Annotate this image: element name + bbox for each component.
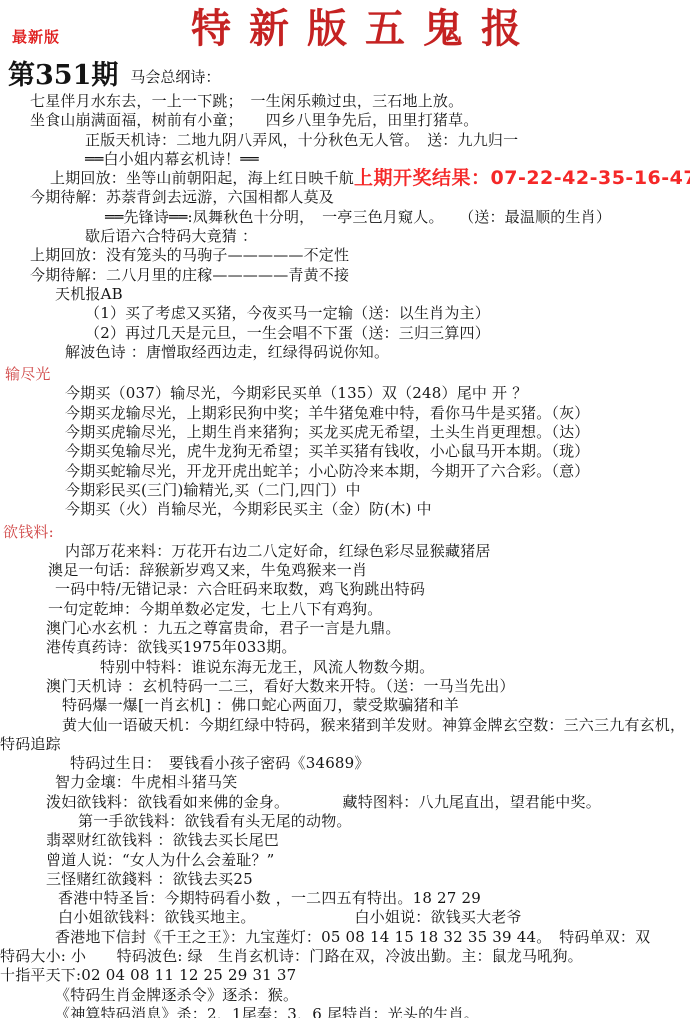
line-text: 港传真药诗：欲钱买1975年033期。 [46,638,297,656]
section-header: 欲钱料: [0,523,690,542]
doc-line: 澳门心水玄机 ：九五之尊富贵命，君子一言是九鼎。 [0,619,690,638]
line-text: （1）买了考虑又买猪，今夜买马一定输（送：以生肖为主） [85,304,490,322]
line-text: 今期待解：苏萘背剑去远游，六国相都人莫及 [30,188,334,206]
doc-line: 今期待解：苏萘背剑去远游，六国相都人莫及 [0,188,690,207]
line-text: 澳门天机诗 ：玄机特码一二三，看好大数来开特。（送：一马当先出） [46,677,515,695]
line-text: 澳足一句话：辞猴新岁鸡又来，牛兔鸡猴来一肖 [48,561,367,579]
doc-body: 七星伴月水东去，一上一下跳； 一生闲乐赖过虫，三石地上放。坐食山崩满面福，树前有… [0,91,690,1018]
doc-line: 今期买龙输尽光，上期彩民狗中奖；羊牛猪兔难中特，看你马牛是买猪。（灰） [0,404,690,423]
doc-line: ══先锋诗══:凤舞秋色十分明， 一亭三色月窥人。 （送：最温顺的生肖） [0,208,690,227]
line-text: 输尽光 [5,365,51,383]
line-text: 十指平天下:02 04 08 11 12 25 29 31 37 [0,966,296,984]
line-text: 特码爆一爆[一肖玄机] ：佛口蛇心两面刀，蒙受欺骗猪和羊 [62,696,459,714]
line-text: 香港地下信封《千王之王》：九宝莲灯：05 08 14 15 18 32 35 3… [55,928,650,946]
doc-line: 正版天机诗：二地九阴八弄风，十分秋色无人管。 送：九九归一 [0,131,690,150]
issue-subtitle: 马会总纲诗： [118,66,220,91]
doc-line: 香港地下信封《千王之王》：九宝莲灯：05 08 14 15 18 32 35 3… [0,928,690,947]
line-text: 七星伴月水东去，一上一下跳； 一生闲乐赖过虫，三石地上放。 [30,92,463,110]
doc-line: 今期买（火）肖输尽光，今期彩民买主（金）防(木) 中 [0,500,690,519]
line-text: 今期买兔输尽光，虎牛龙狗无希望；买羊买猪有钱收，小心鼠马开本期。（珑） [65,442,590,460]
issue-number: 第351期 [8,61,118,91]
doc-line: 十指平天下:02 04 08 11 12 25 29 31 37 [0,966,690,985]
line-text: 今期彩民买(三门)输精光,买（二门,四门）中 [65,481,361,499]
line-text: 翡翠财红欲钱料 ：欲钱去买长尾巴 [46,831,279,849]
doc-line: 香港中特圣旨：今期特码看小数 ，一二四五有特出。18 27 29 [0,889,690,908]
doc-line: 泼妇欲钱料：欲钱看如来佛的金身。 藏特图料：八九尾直出，望君能中奖。 [0,793,690,812]
doc-line: 一码中特/无错记录：六合旺码来取数，鸡飞狗跳出特码 [0,580,690,599]
doc-line: 澳足一句话：辞猴新岁鸡又来，牛兔鸡猴来一肖 [0,561,690,580]
doc-line: （1）买了考虑又买猪，今夜买马一定输（送：以生肖为主） [0,304,690,323]
doc-line: 特别中特料：谁说东海无龙王，风流人物数今期。 [0,658,690,677]
line-text: 白小姐欲钱料：欲钱买地主。 白小姐说：欲钱买大老爷 [58,908,522,926]
line-text: 泼妇欲钱料：欲钱看如来佛的金身。 藏特图料：八九尾直出，望君能中奖。 [46,793,601,811]
page-title: 特新版五鬼报 [0,4,690,54]
line-text: 澳门心水玄机 ：九五之尊富贵命，君子一言是九鼎。 [46,619,401,637]
doc-line: （2）再过几天是元旦，一生会唱不下蛋（送：三归三算四） [0,324,690,343]
doc-line: 今期买（037）输尽光，今期彩民买单（135）双（248）尾中 开 ？ [0,384,690,403]
doc-line: 特码大小: 小 特码波色: 绿 生肖玄机诗：门路在双，冷波出勤。主：鼠龙马吼狗。 [0,947,690,966]
doc-line: 港传真药诗：欲钱买1975年033期。 [0,638,690,657]
doc-line: 七星伴月水东去，一上一下跳； 一生闲乐赖过虫，三石地上放。 [0,92,690,111]
line-text: 第一手欲钱料：欲钱看有头无尾的动物。 [78,812,352,830]
line-text: 香港中特圣旨：今期特码看小数 ，一二四五有特出。18 27 29 [58,889,481,907]
line-text: ══先锋诗══:凤舞秋色十分明， 一亭三色月窥人。 （送：最温顺的生肖） [105,208,611,226]
line-text: 正版天机诗：二地九阴八弄风，十分秋色无人管。 送：九九归一 [85,131,518,149]
line-text: 曾道人说：“女人为什么会羞耻？” [46,851,275,869]
doc-line: 今期买兔输尽光，虎牛龙狗无希望；买羊买猪有钱收，小心鼠马开本期。（珑） [0,442,690,461]
prev-draw-result: 上期开奖结果：07-22-42-35-16-47+49 [354,169,690,188]
doc-line: 智力金壤：牛虎相斗猪马笑 [0,773,690,792]
doc-line: 特码过生日： 要钱看小孩子密码《34689》 [0,754,690,773]
line-text: （2）再过几天是元旦，一生会唱不下蛋（送：三归三算四） [85,324,490,342]
line-text: 特码大小: 小 特码波色: 绿 生肖玄机诗：门路在双，冷波出勤。主：鼠龙马吼狗。 [0,947,583,965]
line-text: 特别中特料：谁说东海无龙王，风流人物数今期。 [100,658,434,676]
line-text: 今期买蛇输尽光，开龙开虎出蛇羊；小心防冷来本期，今期开了六合彩。（意） [65,462,590,480]
line-text: 天机报AB [55,285,123,303]
doc-line: 上期回放：坐等山前朝阳起，海上红日映千航上期开奖结果：07-22-42-35-1… [0,169,690,188]
doc-line: 内部万花来料：万花开右边二八定好命，红绿色彩尽显猴藏猪居 [0,542,690,561]
doc-line: 今期买蛇输尽光，开龙开虎出蛇羊；小心防冷来本期，今期开了六合彩。（意） [0,462,690,481]
tip-sheet-page: 最新版 特新版五鬼报 第351期 马会总纲诗： 七星伴月水东去，一上一下跳； 一… [0,0,690,1018]
line-text: 一码中特/无错记录：六合旺码来取数，鸡飞狗跳出特码 [55,580,425,598]
line-text: 黄大仙一语破天机：今期红绿中特码，猴来猪到羊发财。神算金牌玄空数：三六三九有玄机… [62,716,685,734]
doc-line: 一句定乾坤：今期单数必定发，七上八下有鸡狗。 [0,600,690,619]
line-text: 内部万花来料：万花开右边二八定好命，红绿色彩尽显猴藏猪居 [65,542,491,560]
doc-line: 《神算特码消息》杀：2，1尾奉：3，6 尾特肖：光头的生肖。 [0,1005,690,1018]
line-text: 解波色诗 ：唐憎取经西边走，红绿得码说你知。 [65,343,389,361]
line-text: 三怪赌红欲錢料 ：欲钱去买25 [46,870,253,888]
doc-line: 歇后语六合特码大竟猜 ： [0,227,690,246]
doc-line: 三怪赌红欲錢料 ：欲钱去买25 [0,870,690,889]
latest-edition-badge: 最新版 [12,26,60,47]
line-text: 歇后语六合特码大竟猜 ： [85,227,257,245]
page-header: 最新版 特新版五鬼报 [0,0,690,58]
line-text: 《特码生肖金牌逐杀令》逐杀：猴。 [55,986,298,1004]
line-text: 欲钱料: [3,523,54,541]
line-text: 《神算特码消息》杀：2，1尾奉：3，6 尾特肖：光头的生肖。 [55,1005,479,1018]
doc-line: 上期回放：没有笼头的马驹子—————不定性 [0,246,690,265]
doc-line: 特码爆一爆[一肖玄机] ：佛口蛇心两面刀，蒙受欺骗猪和羊 [0,696,690,715]
doc-line: 今期待解：二八月里的庄稼—————青黄不接 [0,266,690,285]
line-text: 今期待解：二八月里的庄稼—————青黄不接 [30,266,349,284]
doc-line: 《特码生肖金牌逐杀令》逐杀：猴。 [0,986,690,1005]
doc-line: 特码追踪 [0,735,690,754]
doc-line: 第一手欲钱料：欲钱看有头无尾的动物。 [0,812,690,831]
line-text: 智力金壤：牛虎相斗猪马笑 [55,773,237,791]
line-text: 今期买虎输尽光，上期生肖来猪狗；买龙买虎无希望，土头生肖更理想。（达） [65,423,590,441]
line-text: 坐食山崩满面福，树前有小童； 四乡八里争先后，田里打猪草。 [30,111,479,129]
doc-line: 解波色诗 ：唐憎取经西边走，红绿得码说你知。 [0,343,690,362]
doc-line: 今期买虎输尽光，上期生肖来猪狗；买龙买虎无希望，土头生肖更理想。（达） [0,423,690,442]
doc-line: 澳门天机诗 ：玄机特码一二三，看好大数来开特。（送：一马当先出） [0,677,690,696]
line-text: 上期回放：没有笼头的马驹子—————不定性 [30,246,349,264]
doc-line: 今期彩民买(三门)输精光,买（二门,四门）中 [0,481,690,500]
issue-row: 第351期 马会总纲诗： [0,58,690,91]
line-text: 特码过生日： 要钱看小孩子密码《34689》 [70,754,370,772]
line-text: 特码追踪 [0,735,61,753]
line-text: 今期买龙输尽光，上期彩民狗中奖；羊牛猪兔难中特，看你马牛是买猪。（灰） [65,404,590,422]
doc-line: 翡翠财红欲钱料 ：欲钱去买长尾巴 [0,831,690,850]
line-text: 一句定乾坤：今期单数必定发，七上八下有鸡狗。 [48,600,382,618]
line-text: 今期买（火）肖输尽光，今期彩民买主（金）防(木) 中 [65,500,432,518]
doc-line: 天机报AB [0,285,690,304]
line-text: 今期买（037）输尽光，今期彩民买单（135）双（248）尾中 开 ？ [65,384,527,402]
doc-line: 曾道人说：“女人为什么会羞耻？” [0,851,690,870]
line-text: 上期回放：坐等山前朝阳起，海上红日映千航 [50,169,354,188]
section-header: 输尽光 [0,365,690,384]
line-text: ══白小姐内幕玄机诗！══ [85,150,259,168]
doc-line: 黄大仙一语破天机：今期红绿中特码，猴来猪到羊发财。神算金牌玄空数：三六三九有玄机… [0,716,690,735]
doc-line: 坐食山崩满面福，树前有小童； 四乡八里争先后，田里打猪草。 [0,111,690,130]
doc-line: 白小姐欲钱料：欲钱买地主。 白小姐说：欲钱买大老爷 [0,908,690,927]
